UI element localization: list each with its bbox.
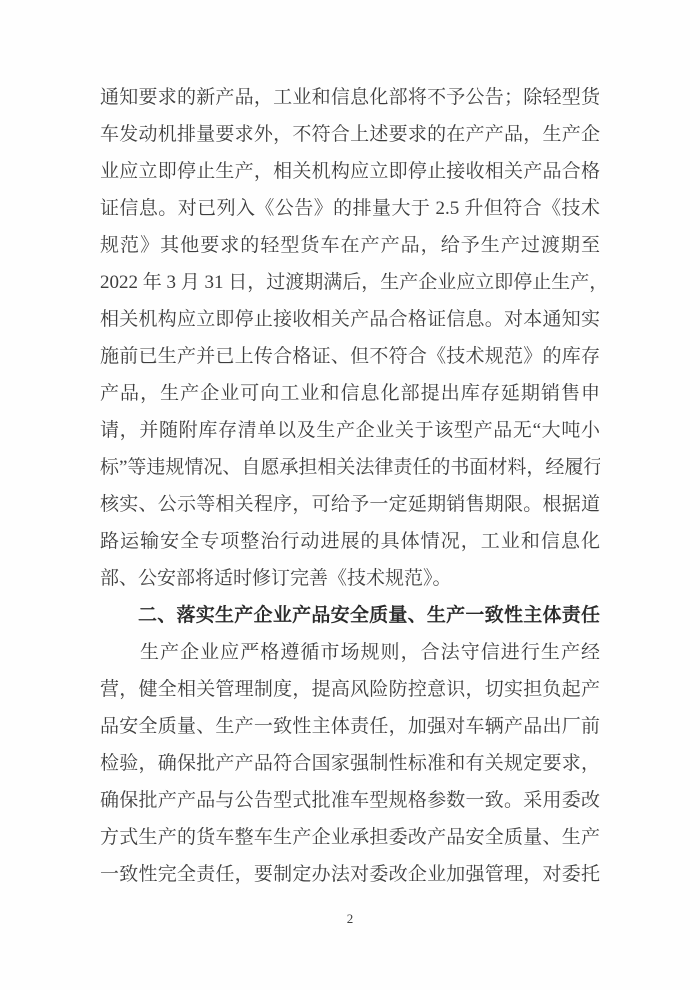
body-text: 通知要求的新产品，工业和信息化部将不予公告；除轻型货 车发动机排量要求外，不符合… xyxy=(100,79,600,893)
text-line: 相关机构应立即停止接收相关产品合格证信息。对本通知实 xyxy=(100,301,600,338)
text-line: 一致性完全责任，要制定办法对委改企业加强管理，对委托 xyxy=(100,856,600,893)
section-heading: 二、落实生产企业产品安全质量、生产一致性主体责任 xyxy=(100,597,600,634)
text-line: 业应立即停止生产，相关机构应立即停止接收相关产品合格 xyxy=(100,153,600,190)
text-line: 检验，确保批产产品符合国家强制性标准和有关规定要求， xyxy=(100,745,600,782)
document-page: 通知要求的新产品，工业和信息化部将不予公告；除轻型货 车发动机排量要求外，不符合… xyxy=(0,0,700,990)
text-line: 施前已生产并已上传合格证、但不符合《技术规范》的库存 xyxy=(100,338,600,375)
text-line: 营，健全相关管理制度，提高风险防控意识，切实担负起产 xyxy=(100,671,600,708)
text-line: 请，并随附库存清单以及生产企业关于该型产品无“大吨小 xyxy=(100,412,600,449)
text-line: 方式生产的货车整车生产企业承担委改产品安全质量、生产 xyxy=(100,819,600,856)
text-line: 生产企业应严格遵循市场规则，合法守信进行生产经 xyxy=(100,634,600,671)
text-line: 产品，生产企业可向工业和信息化部提出库存延期销售申 xyxy=(100,375,600,412)
text-line: 标”等违规情况、自愿承担相关法律责任的书面材料，经履行 xyxy=(100,449,600,486)
text-line: 路运输安全专项整治行动进展的具体情况，工业和信息化 xyxy=(100,523,600,560)
text-line: 品安全质量、生产一致性主体责任，加强对车辆产品出厂前 xyxy=(100,708,600,745)
text-line: 部、公安部将适时修订完善《技术规范》。 xyxy=(100,560,600,597)
text-line: 车发动机排量要求外，不符合上述要求的在产产品，生产企 xyxy=(100,116,600,153)
page-number: 2 xyxy=(0,911,700,927)
text-line: 确保批产产品与公告型式批准车型规格参数一致。采用委改 xyxy=(100,782,600,819)
text-line: 规范》其他要求的轻型货车在产产品，给予生产过渡期至 xyxy=(100,227,600,264)
text-line: 证信息。对已列入《公告》的排量大于 2.5 升但符合《技术 xyxy=(100,190,600,227)
text-line: 2022 年 3 月 31 日，过渡期满后，生产企业应立即停止生产， xyxy=(100,264,600,301)
text-line: 通知要求的新产品，工业和信息化部将不予公告；除轻型货 xyxy=(100,79,600,116)
text-line: 核实、公示等相关程序，可给予一定延期销售期限。根据道 xyxy=(100,486,600,523)
